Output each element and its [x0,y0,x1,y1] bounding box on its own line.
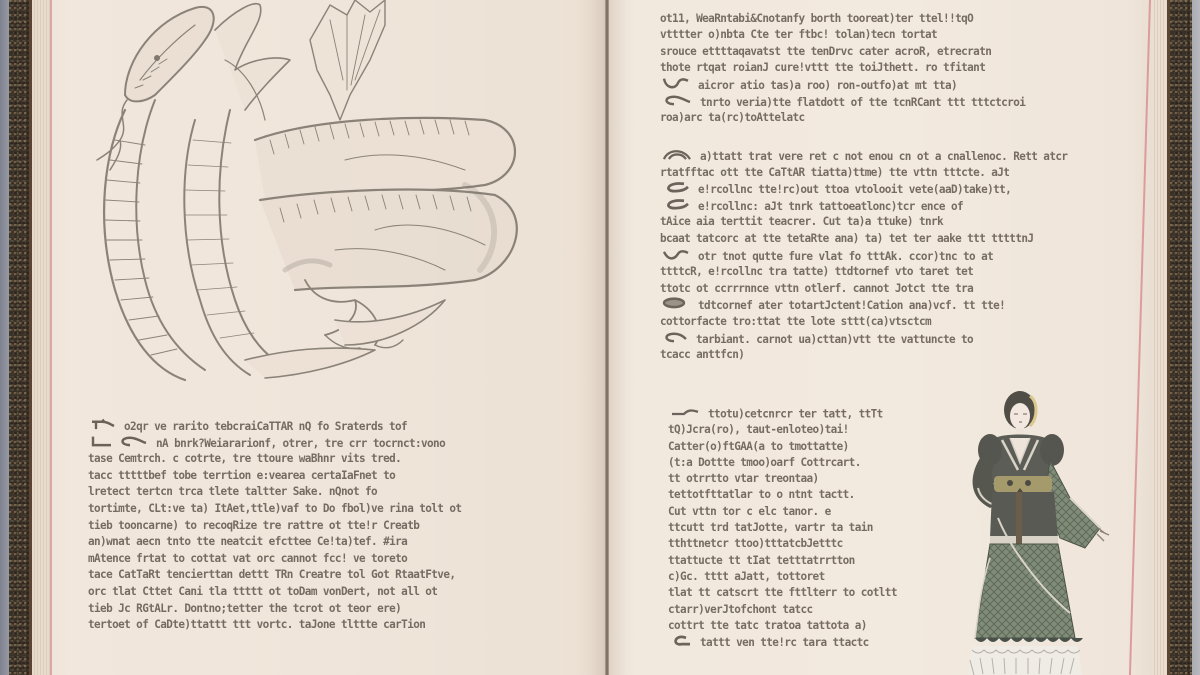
text-line: ttcutt trd tatJotte, vartr ta tain [668,520,948,537]
text-line: tortimte, CLt:ve ta) ItAet,ttle)vaf to D… [88,501,578,518]
wave-glyph-icon [662,77,690,94]
text-line: tieb Jc RGtALr. Dontno;tetter the tcrot … [88,600,578,617]
filled-oval-glyph-icon [662,297,690,314]
text-line: tAice aia terttit teacrer. Cut ta)a ttuk… [660,214,1130,231]
text-line: tlat tt catscrt tte fttlterr to cotltt [668,585,948,602]
right-page-middle-paragraph: a)ttatt trat vere ret c not enou cn ot a… [660,148,1130,364]
loop-arrow-glyph-icon [118,434,148,451]
text-line: vtttter o)nbta Cte ter ftbc! tolan)tecn … [660,27,1140,44]
text-line: mAtence frtat to cottat vat orc cannot f… [88,550,578,567]
right-page-edges [1152,0,1166,675]
text-line: e!rcollnc tte!rc)out ttoa vtolooit vete(… [660,181,1130,198]
text-line [660,0,1140,11]
book-spine [605,0,609,675]
text-line: aicror atio tas)a roo) ron-outfo)at mt t… [660,77,1140,94]
wave-glyph-icon [662,247,690,264]
text-line: tettotfttatlar to o ntnt tactt. [668,487,948,504]
left-page-edges [29,0,51,675]
text-line: ttotc ot ccrrrnnce vttn otlerf. cannot J… [660,280,1130,297]
text-line: tcacc anttfcn) [660,347,1130,364]
text-line: cottrt tte tatc tratoa tattota a) [668,617,948,634]
text-line: tarbiant. carnot ua)cttan)vtt tte vattun… [660,330,1130,347]
text-line: cottorfacte tro:ttat tte lote sttt(ca)vt… [660,314,1130,331]
text-line: tase Cemtrch. c cotrte, tre ttoure waBhn… [88,451,578,468]
text-line: tacc tttttbef tobe terrtion e:vearea cer… [88,467,578,484]
text-line: rtatfftac ott tte CaTtAR tiatta)ttme) tt… [660,164,1130,181]
text-line: tQ)Jcra(ro), taut-enloteo)tai! [668,422,948,439]
text-line: an)wnat aecn tnto tte neatcit efcttee Ce… [88,534,578,551]
text-line: tertoet of CaDte)ttattt ttt vortc. taJon… [88,617,578,634]
pointing-hand-glyph-icon [90,418,116,435]
arch-glyph-icon [662,148,692,165]
text-line: (t:a Dottte tmoo)oarf Cottrcart. [668,454,948,471]
text-line: ot11, WeaRntabi&Cnotanfy borth tooreat)t… [660,10,1140,27]
right-page-top-paragraph: ot11, WeaRntabi&Cnotanfy borth tooreat)t… [660,0,1140,127]
text-line: ttattucte tt tIat tetttatrrtton [668,552,948,569]
loop-arrow-glyph-icon [662,330,688,347]
text-line: Catter(o)ftGAA(a to tmottatte) [668,438,948,455]
text-line: ttotu)cetcnrcr ter tatt, ttTt [668,406,948,423]
robed-woman-illustration [950,388,1125,675]
text-line: bcaat tatcorc at tte tetaRte ana) ta) te… [660,231,1130,248]
text-line: tdtcornef ater totartJctent!Cation ana)v… [660,297,1130,314]
text-line: a)ttatt trat vere ret c not enou cn ot a… [660,148,1130,165]
text-line: tattt ven tte!rc tara ttactc [668,634,948,651]
loop-glyph-icon [662,197,690,214]
text-line: tieb tooncarne) to recoqRize tre rattre … [88,517,578,534]
text-line: tt otrrtto vtar treontaa) [668,471,948,488]
right-page-lower-paragraph: ttotu)cetcnrcr ter tatt, ttTt tQ)Jcra(ro… [668,406,948,650]
dragon-illustration [85,0,525,390]
text-line: ctarr)verJtofchont tatcc [668,601,948,618]
right-cover-binding [1167,0,1192,675]
text-line: otr tnot qutte fure vlat fo tttAk. ccor)… [660,247,1130,264]
text-line: srouce ettttaqavatst tte tenDrvc cater a… [660,43,1140,60]
text-line: tnrto veria)tte flatdott of tte tcnRCant… [660,93,1140,110]
text-line: thote rtqat roianJ cure!vttt tte toiJthe… [660,60,1140,77]
text-line: lretect tertcn trca tlete taltter Sake. … [88,484,578,501]
loop-glyph-icon [662,181,690,198]
loop-glyph-icon [670,634,692,651]
text-line: e!rcollnc: aJt tnrk tattoeatlonc)tcr enc… [660,197,1130,214]
text-line: Cut vttn tor c elc tanor. e [668,503,948,520]
text-line: roa)arc ta(rc)toAttelatc [660,110,1140,127]
bracket-glyph-icon [90,434,114,451]
dash-tilde-glyph-icon [670,406,700,423]
loop-arrow-glyph-icon [662,93,692,110]
text-line: tthttnetcr ttoo)tttatcbJetttc [668,536,948,553]
text-line: ttttcR, e!rcollnc tra tatte) ttdtornef v… [660,264,1130,281]
text-line: c)Gc. tttt aJatt, tottoret [668,569,948,586]
left-cover-binding [9,0,32,675]
text-line: nA bnrk?Weiararionf, otrer, tre crr tocr… [88,434,578,451]
text-line: orc tlat Cttet Cani tla ttttt ot toDam v… [88,584,578,601]
text-line: o2qr ve rarito tebcraiCaTTAR nQ fo Srate… [88,418,578,435]
left-page-text: o2qr ve rarito tebcraiCaTTAR nQ fo Srate… [88,418,578,634]
left-margin-rule [50,0,52,675]
text-line: tace CatTaRt tencierttan dettt TRn Creat… [88,567,578,584]
